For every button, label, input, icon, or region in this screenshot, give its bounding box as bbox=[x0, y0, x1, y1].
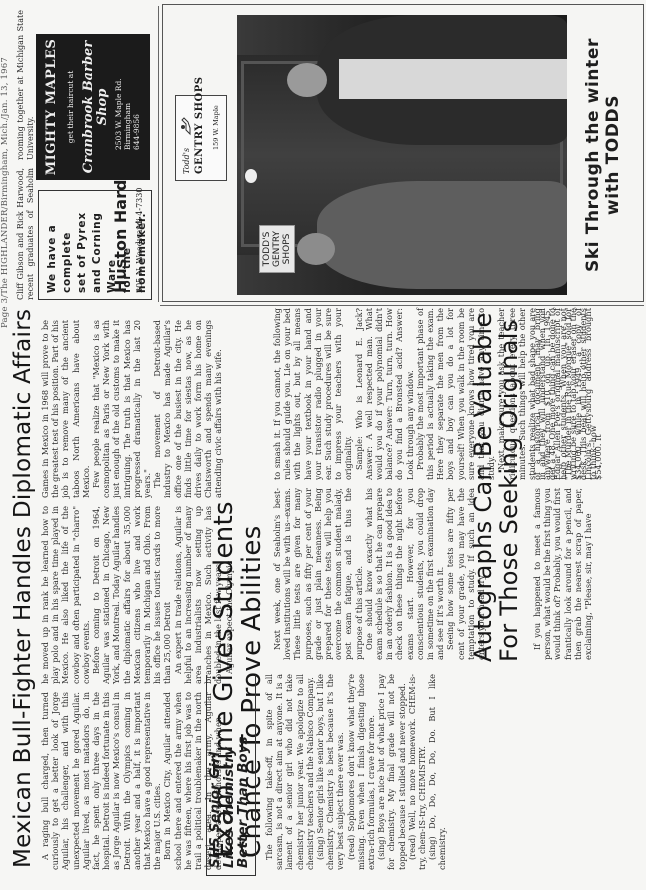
todds-store-sign: TODD'S GENTRY SHOPS bbox=[259, 225, 295, 273]
paragraph: A raging bull charged, then turned curio… bbox=[40, 692, 162, 870]
shs-body: The following take-off, in spite of all … bbox=[264, 674, 448, 870]
ad-line: We have a complete bbox=[45, 191, 75, 293]
photo-shirt-right bbox=[339, 59, 567, 99]
todds-logo: Todd's GENTRY SHOPS 159 W. Maple bbox=[175, 95, 227, 181]
paragraph: The following take-off, in spite of all … bbox=[264, 674, 315, 870]
maples-subtitle: get their haircut at bbox=[66, 34, 75, 180]
todds-tagline: Ski Through the winter with TODDS bbox=[583, 15, 623, 295]
shs-headline-line-3: Better Than Boys bbox=[236, 736, 250, 868]
column-rule bbox=[160, 305, 644, 306]
viewport: Page 3/The HIGHLANDER/Birmingham, Mich./… bbox=[0, 0, 646, 890]
bullfighter-column-2: he moved up in rank he learned how to pl… bbox=[40, 506, 234, 684]
paragraph: One should know exactly what his exam sc… bbox=[364, 488, 446, 660]
shs-headline-line-1: SHS Senior Girl bbox=[208, 736, 222, 868]
paragraph: (sing) Do, Do, Do, Do, Do. But I like ch… bbox=[427, 674, 447, 870]
paragraph: (sing) Senior girls like senior boys, bu… bbox=[315, 674, 346, 870]
paragraph: (read) Well, no more homework. CHEM-is-t… bbox=[407, 674, 427, 870]
todds-logo-small: Todd's bbox=[182, 148, 191, 174]
lamp-icon bbox=[245, 169, 257, 183]
paragraph: If you happened to meet a famous person,… bbox=[532, 488, 593, 660]
autographs-column-2: of a historical document may bring anywh… bbox=[532, 308, 603, 480]
bullfighter-headline: Mexican Bull-Fighter Handles Diplomatic … bbox=[10, 309, 36, 868]
photo-person-left bbox=[317, 181, 567, 289]
maples-phone: 644-9856 bbox=[132, 78, 141, 150]
todds-photo: TODD'S GENTRY SHOPS bbox=[237, 15, 567, 295]
page-folio: Page 3/The HIGHLANDER/Birmingham, Mich./… bbox=[0, 57, 10, 328]
autographs-headline-line-2: For Those Seeking Originals bbox=[496, 312, 522, 662]
section-rule bbox=[158, 6, 159, 302]
newspaper-page: Page 3/The HIGHLANDER/Birmingham, Mich./… bbox=[0, 0, 646, 890]
maples-contact: 2503 W. Maple Rd. Birmingham 644-9856 bbox=[114, 78, 141, 150]
autographs-column-1: If you happened to meet a famous person,… bbox=[532, 488, 593, 660]
gibson-note-col-2: rooming together at Michigan State Unive… bbox=[16, 10, 36, 160]
paragraph: Games in Mexico in 1968 will prove to be… bbox=[40, 320, 91, 498]
paragraph: Sample: Who is Leonard E. Jack? Answer: … bbox=[354, 308, 415, 480]
exam-column-1: Next week, one of Seaholm's best-loved i… bbox=[272, 488, 486, 660]
shs-headline: SHS Senior Girl Likes Chemistry Better T… bbox=[208, 736, 250, 868]
todds-ad: Todd's GENTRY SHOPS 159 W. Maple TODD'S … bbox=[162, 4, 644, 302]
paragraph: Before coming to Detroit on 1964, Aguila… bbox=[91, 506, 173, 684]
todds-logo-main: GENTRY SHOPS bbox=[194, 77, 205, 175]
ad-line: set of Pyrex bbox=[75, 191, 90, 293]
huston-phone: Mi 4-7330 bbox=[135, 188, 144, 229]
autographs-headline: Autographs Can Be Valuable For Those See… bbox=[470, 312, 522, 662]
maples-shop: Cranbrook Barber Shop bbox=[82, 34, 110, 180]
bullfighter-column-1: A raging bull charged, then turned curio… bbox=[40, 692, 224, 870]
paragraph: The movement of Detroit-based industry t… bbox=[152, 320, 223, 498]
paragraph: (read) Sophomores don't know what they'r… bbox=[346, 674, 377, 870]
paragraph: he moved up in rank he learned how to pl… bbox=[40, 506, 91, 684]
horse-rider-icon bbox=[178, 116, 194, 136]
shs-headline-line-2: Likes Chemistry bbox=[222, 736, 236, 868]
paragraph: to smash it. If you cannot, the followin… bbox=[272, 308, 354, 480]
huston-hardware-ad: We have a complete set of Pyrex and Corn… bbox=[38, 190, 152, 300]
bullfighter-column-3: Games in Mexico in 1968 will prove to be… bbox=[40, 320, 224, 498]
paragraph: rooming together at Michigan State Unive… bbox=[16, 10, 36, 160]
maples-title: MIGHTY MAPLES bbox=[44, 34, 59, 180]
photo-face-right bbox=[287, 63, 327, 97]
photo-face-left bbox=[297, 233, 335, 265]
maples-address: 2503 W. Maple Rd. bbox=[114, 78, 123, 150]
huston-address: 205 N. Woodward bbox=[135, 221, 144, 293]
paragraph: (sing) Boys are nice but of what price I… bbox=[376, 674, 407, 870]
paragraph: Few people realize that "Mexico is as co… bbox=[91, 320, 152, 498]
paragraph: of a historical document may bring anywh… bbox=[532, 308, 603, 480]
paragraph: Next week, one of Seaholm's best-loved i… bbox=[272, 488, 364, 660]
autographs-headline-line-1: Autographs Can Be Valuable bbox=[470, 312, 496, 662]
maples-city: Birmingham bbox=[123, 78, 132, 150]
todds-logo-address: 159 W. Maple bbox=[212, 105, 220, 150]
mighty-maples-ad: MIGHTY MAPLES get their haircut at Cranb… bbox=[36, 34, 150, 180]
